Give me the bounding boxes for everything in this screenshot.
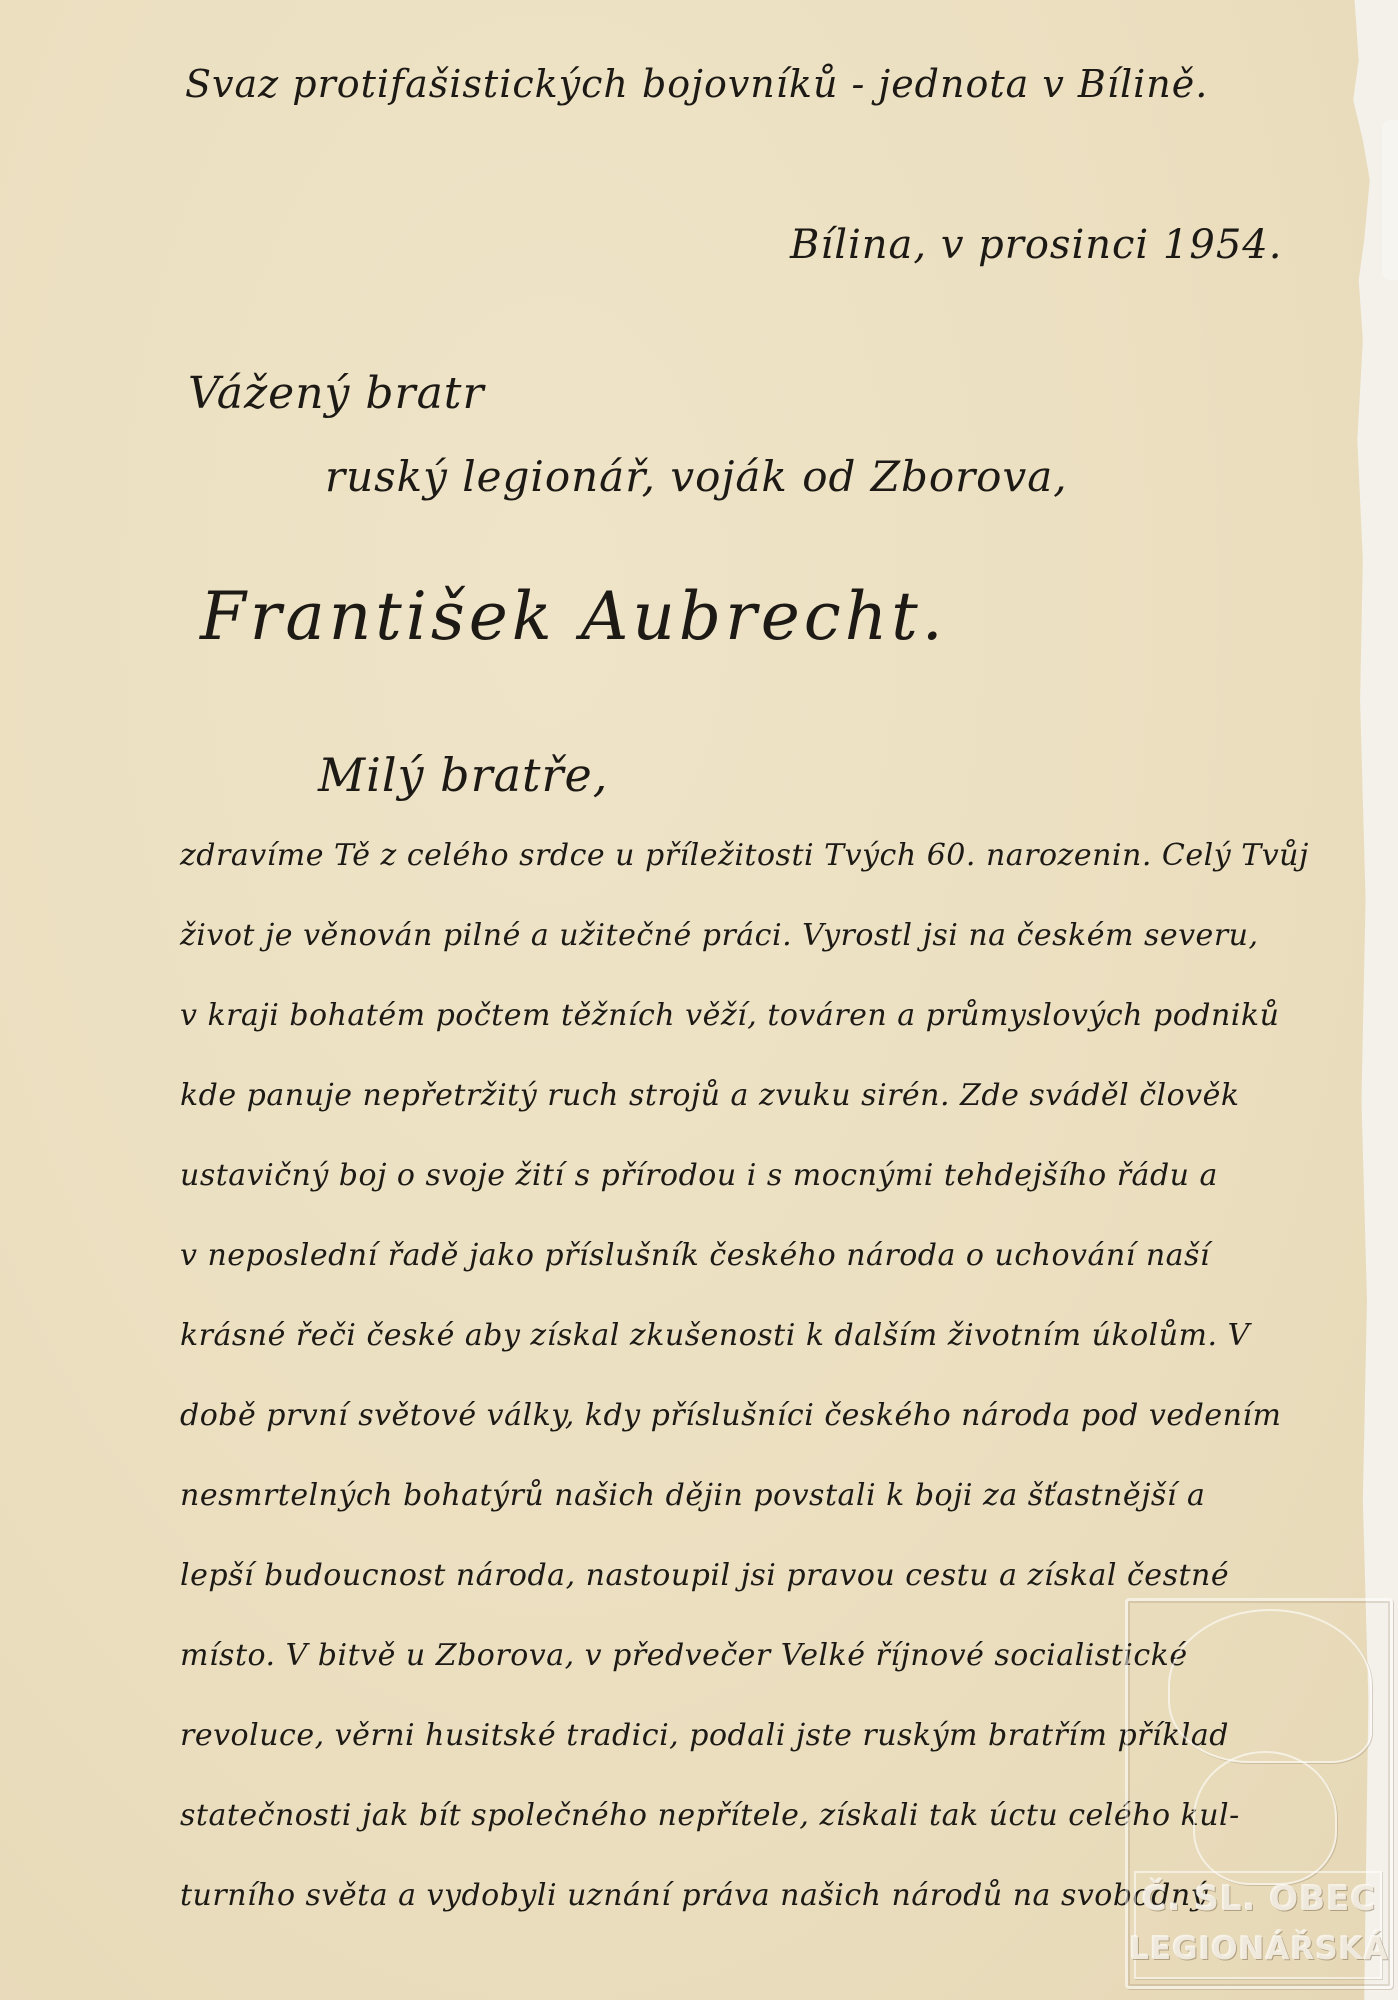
coat-of-arms-icon <box>1193 1751 1337 1885</box>
stamp-text-line-1: Č. SL. OBEC <box>1128 1879 1390 1919</box>
body-line: nesmrtelných bohatýrů našich dějin povst… <box>180 1478 1205 1513</box>
torn-edge <box>1382 120 1398 280</box>
organization-header: Svaz protifašistických bojovníků - jedno… <box>185 62 1208 106</box>
address-line-1: Vážený bratr <box>188 368 485 419</box>
greeting: Milý bratře, <box>318 748 608 802</box>
place-date: Bílina, v prosinci 1954. <box>790 222 1282 268</box>
body-line: krásné řeči české aby získal zkušenosti … <box>180 1318 1250 1353</box>
body-line: v kraji bohatém počtem těžních věží, tov… <box>180 998 1279 1033</box>
body-line: život je věnován pilné a užitečné práci.… <box>180 918 1259 953</box>
body-line: době první světové války, kdy příslušníc… <box>180 1398 1281 1433</box>
embossed-stamp: Č. SL. OBEC LEGIONÁŘSKÁ <box>1125 1598 1393 1989</box>
body-line: zdravíme Tě z celého srdce u příležitost… <box>180 838 1309 873</box>
legionnaire-figure-icon <box>1168 1609 1372 1763</box>
body-line: ustavičný boj o svoje žití s přírodou i … <box>180 1158 1218 1193</box>
stamp-text-line-2: LEGIONÁŘSKÁ <box>1128 1931 1390 1967</box>
body-line: statečnosti jak bít společného nepřítele… <box>180 1798 1240 1833</box>
body-line: turního světa a vydobyli uznání práva na… <box>180 1878 1208 1913</box>
body-line: místo. V bitvě u Zborova, v předvečer Ve… <box>180 1638 1188 1673</box>
body-line: revoluce, věrni husitské tradici, podali… <box>180 1718 1229 1753</box>
body-line: lepší budoucnost národa, nastoupil jsi p… <box>180 1558 1229 1593</box>
address-line-2: ruský legionář, voják od Zborova, <box>325 452 1068 501</box>
body-line: v neposlední řadě jako příslušník českéh… <box>180 1238 1210 1273</box>
body-line: kde panuje nepřetržitý ruch strojů a zvu… <box>180 1078 1240 1113</box>
recipient-name: František Aubrecht. <box>200 578 947 655</box>
